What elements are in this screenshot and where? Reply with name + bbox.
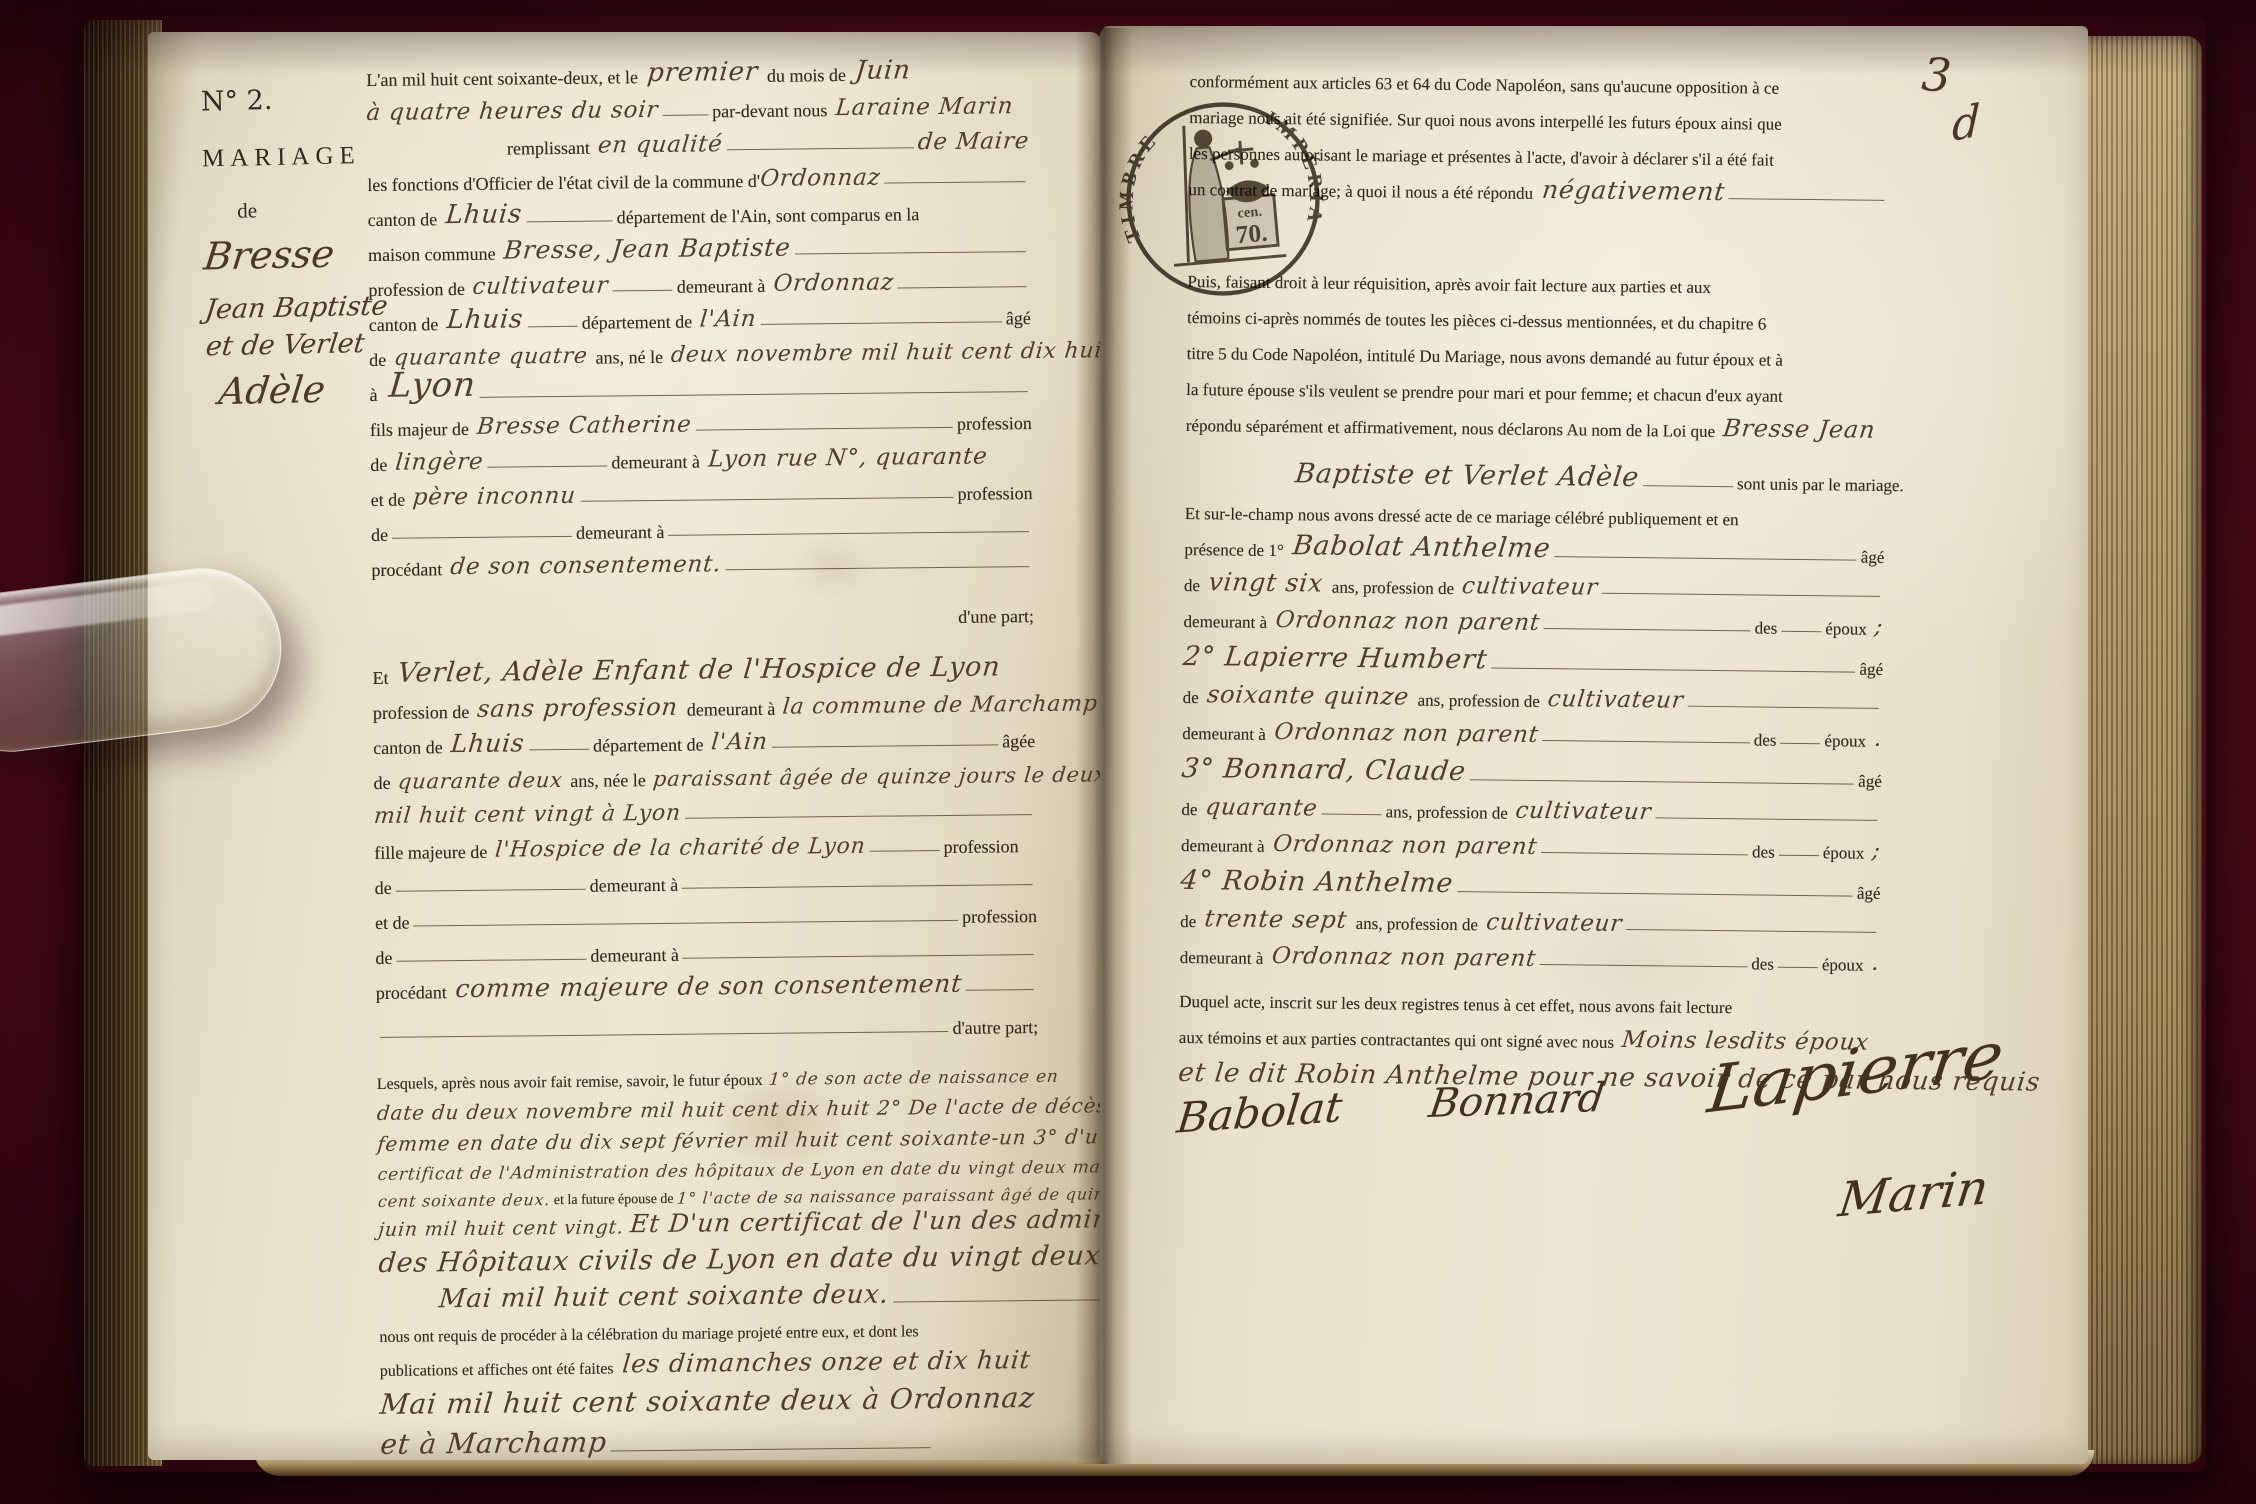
handwritten-text: . — [1865, 726, 1884, 752]
glass-highlight — [0, 579, 216, 640]
printed-text: demeurant à — [576, 522, 665, 544]
handwritten-text: cultivateur — [464, 272, 610, 300]
text-line: à quatre heures du soirpar-devant nous L… — [366, 84, 1028, 126]
printed-text: d'une part; — [958, 606, 1034, 628]
printed-text: ans, profession de — [1418, 691, 1541, 712]
handwritten-text: ; — [1865, 614, 1885, 640]
ruled-fill-line — [682, 882, 1033, 889]
ruled-fill-line — [480, 389, 1028, 398]
handwritten-text: Lhuis — [441, 728, 526, 758]
printed-text: demeurant à — [677, 276, 766, 298]
left-page-act-text: L'an mil huit cent soixante-deux, et le … — [366, 49, 1043, 1461]
printed-text: de — [375, 878, 392, 899]
handwritten-text: de Maire — [916, 128, 1030, 155]
handwritten-text: Verlet, Adèle Enfant de l'Hospice de Lyo… — [387, 651, 1002, 688]
ruled-fill-line — [396, 887, 586, 892]
stamp-baseline — [1174, 255, 1286, 265]
text-line: procédant comme majeure de son consentem… — [376, 962, 1038, 1004]
handwritten-text: certificat de l'Administration des hôpit… — [377, 1156, 1187, 1184]
printed-text: de — [374, 773, 391, 794]
open-register-book: N° 2. MARIAGE de Bresse Jean Baptiste et… — [84, 16, 2206, 1472]
handwritten-text: Ordonnaz non parent — [1266, 607, 1541, 636]
printed-text: âgé — [1858, 772, 1882, 792]
ruled-fill-line — [1555, 554, 1857, 560]
printed-text: des — [1751, 954, 1774, 974]
ruled-fill-line — [1656, 815, 1878, 821]
handwritten-text: la commune de Marchamp — [774, 691, 1099, 719]
ruled-fill-line — [1322, 812, 1382, 816]
ruled-fill-line — [528, 324, 578, 328]
handwritten-text: ; — [1863, 838, 1883, 864]
ruled-fill-line — [668, 529, 1029, 536]
ruled-fill-line — [1688, 704, 1879, 709]
printed-text: ans, née le — [570, 770, 646, 792]
ruled-fill-line — [396, 957, 586, 962]
handwritten-text: à quatre heures du soir — [365, 97, 659, 126]
handwritten-text: Bresse Catherine — [468, 412, 693, 440]
handwritten-text: juin mil huit cent vingt. — [377, 1216, 632, 1241]
ruled-fill-line — [662, 112, 708, 115]
text-line: 2° Lapierre Humbertâgé — [1183, 632, 1883, 680]
photo-of-open-marriage-register: { "page_corner": { "number": "3", "parap… — [0, 0, 2256, 1504]
ruled-fill-line — [870, 848, 940, 852]
printed-text: profession de — [368, 279, 465, 301]
handwritten-text: 1° de son acte de naissance en — [762, 1067, 1060, 1090]
printed-text: ans, profession de — [1332, 578, 1455, 599]
text-line: d'une part; — [372, 592, 1034, 634]
printed-text: et de — [371, 490, 406, 511]
handwritten-text: Bresse Jean — [1714, 414, 1878, 444]
ruled-fill-line — [685, 812, 1032, 819]
printed-text: de — [1181, 800, 1197, 820]
ruled-fill-line — [380, 1029, 948, 1038]
ruled-fill-line — [727, 145, 914, 150]
handwritten-text: Lyon — [376, 365, 478, 406]
handwritten-text: négativement — [1531, 175, 1726, 206]
printed-text: demeurant à — [590, 875, 679, 897]
printed-text: âgé — [1859, 660, 1883, 680]
handwritten-text: les dimanches onze et dix huit — [612, 1345, 1032, 1378]
text-line: d'autre part; — [376, 1003, 1038, 1045]
handwritten-text: . — [1862, 950, 1881, 976]
printed-text: demeurant à — [687, 699, 776, 721]
ruled-fill-line — [884, 179, 1025, 183]
ruled-fill-line — [1778, 965, 1818, 968]
handwritten-text: quarante deux — [389, 768, 571, 794]
printed-text: profession de — [373, 702, 470, 724]
left-page: N° 2. MARIAGE de Bresse Jean Baptiste et… — [148, 32, 1102, 1460]
handwritten-text: sans profession — [468, 693, 688, 723]
ruled-fill-line — [414, 918, 959, 927]
right-fore-edge-pages — [2086, 36, 2202, 1464]
handwritten-text: Mai mil huit cent soixante deux à Ordonn… — [379, 1381, 1037, 1421]
printed-text: profession — [943, 836, 1018, 858]
printed-text: âgé — [1857, 884, 1881, 904]
printed-text: département de — [582, 312, 693, 334]
handwritten-text: Mai mil huit cent soixante deux. — [438, 1280, 891, 1315]
folio-paraph-mark: d — [1951, 95, 1981, 152]
printed-text: et de — [375, 913, 410, 934]
handwritten-text: Babolat Anthelme — [1282, 530, 1553, 564]
handwritten-text: deux novembre mil huit cent dix huit — [662, 338, 1113, 368]
ruled-fill-line — [683, 952, 1034, 959]
printed-text: époux — [1822, 955, 1864, 975]
handwritten-text: cultivateur — [1453, 573, 1600, 601]
ruled-fill-line — [1643, 483, 1733, 487]
printed-text: âgé — [1006, 308, 1031, 329]
ruled-fill-line — [1470, 777, 1854, 784]
handwritten-text: Ordonnaz non parent — [1264, 719, 1539, 748]
svg-text:TIMBRE: TIMBRE — [1109, 127, 1172, 246]
printed-text: d'autre part; — [952, 1017, 1038, 1039]
ruled-fill-line — [613, 288, 673, 292]
ruled-fill-line — [580, 495, 953, 502]
printed-text: demeurant à — [1183, 612, 1267, 633]
ruled-fill-line — [966, 987, 1034, 991]
printed-text: canton de — [368, 209, 438, 231]
printed-text: ans, profession de — [1386, 802, 1509, 823]
printed-text: département de l'Ain, sont comparus en l… — [617, 204, 920, 228]
ruled-fill-line — [1602, 591, 1880, 597]
scales-pan-right — [1250, 159, 1259, 168]
text-line: publications et affiches ont été faites … — [380, 1340, 1042, 1381]
handwritten-text: et à Marchamp — [379, 1426, 608, 1461]
printed-text: époux — [1825, 619, 1867, 639]
printed-text: et la future épouse de — [550, 1192, 677, 1209]
handwritten-text: Lhuis — [437, 304, 525, 335]
printed-text: Et — [372, 668, 388, 689]
printed-text: sont unis par le mariage. — [1737, 474, 1904, 496]
ruled-fill-line — [696, 425, 953, 431]
handwritten-text: comme majeure de son consentement — [445, 969, 963, 1003]
printed-text: demeurant à — [590, 945, 679, 967]
ruled-fill-line — [1780, 741, 1820, 744]
printed-text: profession — [958, 483, 1033, 505]
printed-text: demeurant à — [1180, 948, 1264, 969]
printed-text: ans, né le — [595, 347, 663, 369]
handwritten-text: Juin — [844, 55, 911, 86]
text-line: de lingèredemeurant à Lyon rue N°, quara… — [370, 434, 1032, 476]
text-line: 3° Bonnard, Claudeâgé — [1182, 744, 1882, 792]
printed-text: procédant — [371, 559, 442, 581]
signature-mayor: Marin — [1835, 1160, 1991, 1229]
printed-text: les fonctions d'Officier de l'état civil… — [367, 171, 760, 196]
handwritten-text: Bresse, Jean Baptiste — [494, 233, 793, 265]
ruled-fill-line — [1542, 738, 1750, 743]
ruled-fill-line — [795, 249, 1026, 254]
printed-text: L'an mil huit cent soixante-deux, et le — [366, 67, 638, 91]
timbre-imperial-stamp: TIMBRE IMPÉRIAL cen. 70. — [1105, 79, 1342, 319]
handwritten-text: Laraine Marin — [826, 93, 1014, 121]
text-line: procédant de son consentement. — [371, 539, 1033, 581]
handwritten-text: premier — [636, 57, 768, 88]
printed-text: demeurant à — [611, 452, 700, 474]
printed-text: maison commune — [368, 244, 496, 266]
stamp-denomination-value: 70. — [1234, 218, 1268, 250]
printed-text: canton de — [373, 737, 443, 759]
handwritten-text: soixante quinze — [1197, 680, 1419, 710]
ruled-fill-line — [392, 534, 572, 539]
text-line: de quarante deux ans, née le paraissant … — [373, 752, 1035, 794]
printed-text: profession — [957, 413, 1032, 435]
printed-text: des — [1752, 842, 1775, 862]
justice-head — [1193, 129, 1213, 149]
handwritten-text: 2° Lapierre Humbert — [1181, 641, 1489, 675]
text-line: des Hôpitaux civils de Lyon en date du v… — [378, 1234, 1040, 1279]
ruled-fill-line — [725, 564, 1029, 570]
handwritten-text: date du deux novembre mil huit cent dix … — [376, 1093, 1173, 1125]
folio-page-number: 3 — [1920, 47, 1954, 103]
text-line: Mai mil huit cent soixante deux à Ordonn… — [380, 1374, 1042, 1421]
handwritten-text: l'Ain — [691, 306, 758, 333]
ruled-fill-line — [1779, 853, 1819, 856]
scales-pan-left — [1224, 161, 1233, 170]
printed-text: par-devant nous — [712, 100, 827, 122]
ruled-fill-line — [1457, 889, 1853, 896]
handwritten-text: Lhuis — [436, 199, 524, 230]
printed-text: du mois de — [767, 65, 846, 87]
printed-text: présence de 1° — [1184, 540, 1284, 561]
printed-text: demeurant à — [1181, 836, 1265, 857]
ruled-fill-line — [529, 747, 589, 751]
printed-text: époux — [1824, 731, 1866, 751]
handwritten-text: Ordonnaz — [759, 165, 882, 192]
signature-babolat: Babolat — [1175, 1082, 1345, 1142]
handwritten-text: Ordonnaz non parent — [1263, 831, 1538, 860]
ruled-fill-line — [761, 319, 1002, 325]
text-line: et à Marchamp — [380, 1414, 1042, 1461]
ruled-fill-line — [772, 742, 998, 747]
right-page: TIMBRE IMPÉRIAL cen. 70. 3 d conformémen… — [1100, 26, 2088, 1464]
handwritten-text: vingt six — [1198, 567, 1333, 597]
printed-text: âgé — [1861, 548, 1885, 568]
printed-text: fille majeure de — [374, 842, 487, 864]
handwritten-text: Baptiste et Verlet Adèle — [1293, 458, 1641, 493]
printed-text: fils majeur de — [370, 419, 469, 441]
ruled-fill-line — [527, 218, 613, 222]
ruled-fill-line — [1781, 629, 1821, 632]
handwritten-text: mil huit cent vingt à Lyon — [373, 801, 682, 829]
printed-text: répondu séparément et affirmativement, n… — [1186, 416, 1716, 442]
handwritten-text: Ordonnaz — [764, 269, 895, 296]
printed-text: demeurant à — [1182, 724, 1266, 745]
printed-text: de — [375, 948, 392, 969]
ruled-fill-line — [1541, 850, 1748, 855]
printed-text: de — [371, 525, 388, 546]
handwritten-text: père inconnu — [404, 483, 578, 511]
ruled-fill-line — [1543, 626, 1750, 631]
ruled-fill-line — [487, 463, 607, 467]
printed-text: âgée — [1002, 731, 1035, 752]
text-line: 4° Robin Anthelmeâgé — [1180, 856, 1880, 904]
handwritten-text: l'Hospice de la charité de Lyon — [486, 834, 867, 863]
handwritten-text: en qualité — [589, 131, 724, 158]
handwritten-text: 3° Bonnard, Claude — [1180, 753, 1468, 787]
printed-text: époux — [1823, 843, 1865, 863]
signature-bonnard: Bonnard — [1426, 1075, 1607, 1127]
printed-text: canton de — [369, 314, 439, 336]
handwritten-text: trente sept — [1195, 904, 1358, 934]
text-line: demeurant à Ordonnaz non parentdesépoux … — [1180, 932, 1880, 976]
stamp-text-timbre: TIMBRE — [1109, 127, 1172, 246]
handwritten-text: cent soixante deux. — [377, 1190, 551, 1211]
text-line: remplissant en qualitéde Maire — [367, 119, 1029, 161]
printed-text: ans, profession de — [1356, 914, 1479, 935]
handwritten-text: lingère — [386, 449, 485, 476]
handwritten-text: Ordonnaz non parent — [1262, 943, 1537, 972]
text-line: profession de sans profession demeurant … — [373, 682, 1035, 724]
handwritten-text: cultivateur — [1506, 798, 1653, 826]
ruled-fill-line — [611, 1445, 931, 1451]
handwritten-text: quarante — [1196, 794, 1319, 821]
printed-text: de — [370, 455, 387, 476]
printed-text: procédant — [376, 982, 447, 1004]
ruled-fill-line — [1540, 962, 1748, 967]
printed-text: profession — [962, 906, 1037, 928]
ruled-fill-line — [1729, 196, 1885, 201]
handwritten-text: 4° Robin Anthelme — [1179, 865, 1455, 899]
text-line: Lesquels, après nous avoir fait remise, … — [377, 1052, 1039, 1094]
handwritten-text: Lyon rue N°, quarante — [699, 444, 989, 473]
handwritten-text: cultivateur — [1476, 909, 1623, 937]
ruled-fill-line — [1626, 927, 1876, 933]
printed-text: remplissant — [507, 138, 590, 160]
ruled-fill-line — [898, 284, 1027, 288]
handwritten-text: cultivateur — [1538, 686, 1685, 714]
printed-text: des — [1754, 730, 1777, 750]
text-line: Et Verlet, Adèle Enfant de l'Hospice de … — [372, 647, 1034, 689]
ruled-fill-line — [1491, 665, 1855, 672]
handwritten-text: l'Ain — [702, 729, 769, 756]
printed-text: des — [1755, 618, 1778, 638]
printed-text: département de — [593, 735, 704, 757]
printed-text: publications et affiches ont été faites — [380, 1360, 614, 1380]
handwritten-text: de son consentement. — [441, 551, 722, 580]
